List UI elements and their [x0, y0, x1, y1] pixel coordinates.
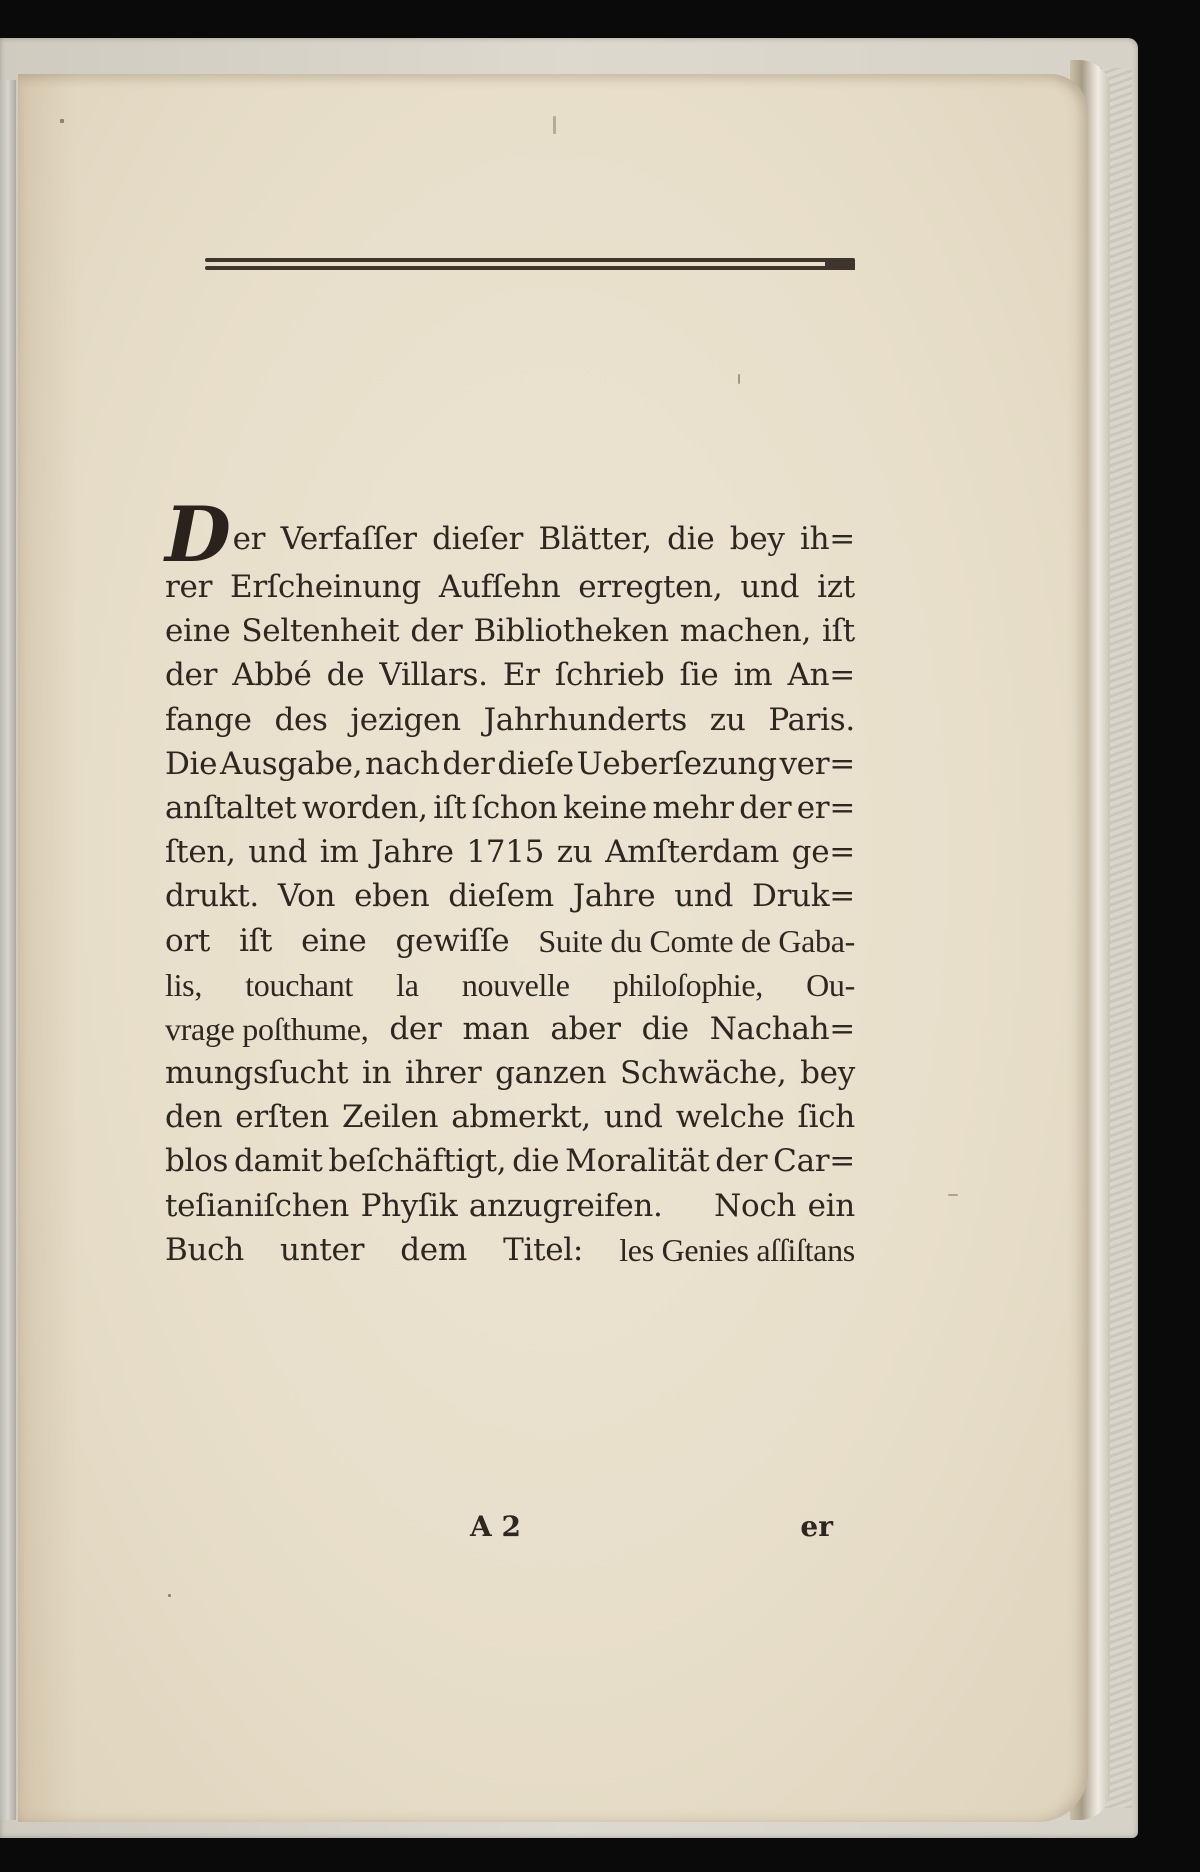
text-line-11: lis, touchant la nouvelle philoſophie, O…: [165, 963, 855, 1007]
word: der: [165, 653, 217, 697]
word: und: [604, 1095, 663, 1139]
spine-edge: [0, 80, 16, 1820]
word: bey: [800, 1051, 855, 1095]
signature-mark: A 2: [470, 1510, 521, 1543]
word: anſtaltet: [165, 786, 296, 830]
text-line-17: Buch unter dem Titel: les Genies aſſiſta…: [165, 1228, 855, 1272]
word: keine: [563, 786, 647, 830]
word: mehr: [652, 786, 733, 830]
word: nouvelle: [462, 963, 570, 1007]
word: eine: [165, 609, 230, 653]
word: der: [442, 742, 494, 786]
word: erregten,: [578, 565, 722, 609]
foxing-speck: [948, 1194, 958, 1196]
word: im: [734, 653, 773, 697]
word: ge=: [792, 830, 855, 874]
text-line-14: den erſten Zeilen abmerkt, und welche ſi…: [165, 1095, 855, 1139]
word: er: [233, 517, 266, 561]
word: Phyſik: [361, 1184, 458, 1228]
word: Verfaſſer: [281, 517, 417, 561]
word: Ueberſezung: [577, 742, 777, 786]
foxing-speck: [60, 119, 64, 123]
word: la: [396, 963, 419, 1007]
scan-background: D er Verfaſſer dieſer Blätter, die bey i…: [0, 0, 1200, 1872]
text-line-6: Die Ausgabe, nach der dieſe Ueberſezung …: [165, 742, 855, 786]
word: Jahrhunderts: [484, 698, 687, 742]
word: de: [327, 653, 365, 697]
drop-cap: D: [165, 505, 231, 565]
word: ſchon: [472, 786, 558, 830]
word: machen,: [680, 609, 811, 653]
word: dieſem: [448, 874, 554, 918]
word: Nachah=: [710, 1007, 855, 1051]
foxing-speck: [168, 1594, 171, 1597]
word: ſchrieb: [555, 653, 665, 697]
word: izt: [817, 565, 855, 609]
word: Moralität: [565, 1139, 709, 1183]
word: Buch: [165, 1228, 244, 1272]
word: iſt: [239, 919, 272, 963]
word: blos: [165, 1139, 228, 1183]
word: Von: [278, 874, 335, 918]
text-line-1: D er Verfaſſer dieſer Blätter, die bey i…: [165, 505, 855, 565]
word: abmerkt,: [451, 1095, 591, 1139]
word: Titel:: [503, 1228, 583, 1272]
word: mungsſucht: [165, 1051, 348, 1095]
word: Villars.: [379, 653, 487, 697]
word: die: [667, 517, 714, 561]
word: ſten,: [165, 830, 236, 874]
rule-upper: [205, 258, 855, 262]
word: lis,: [165, 963, 202, 1007]
text-line-16: teſianiſchen Phyſik anzugreifen. Noch ei…: [165, 1184, 855, 1228]
word: Aufſehn: [439, 565, 560, 609]
word: An=: [787, 653, 854, 697]
antiqua-title-text: vrage poſthume,: [165, 1007, 368, 1051]
word: die: [512, 1139, 559, 1183]
text-line-12: vrage poſthume, der man aber die Nachah=: [165, 1007, 855, 1051]
word: Zeilen: [342, 1095, 438, 1139]
text-line-13: mungsſucht in ihrer ganzen Schwäche, bey: [165, 1051, 855, 1095]
word: zu: [710, 698, 746, 742]
text-line-7: anſtaltet worden, iſt ſchon keine mehr d…: [165, 786, 855, 830]
word: den: [165, 1095, 222, 1139]
word: dem: [400, 1228, 467, 1272]
word: und: [248, 830, 307, 874]
word: aber: [550, 1007, 620, 1051]
word: die: [642, 1007, 689, 1051]
text-line-5: fange des jezigen Jahrhunderts zu Paris.: [165, 698, 855, 742]
year-number: 1715: [466, 830, 544, 874]
word: der: [739, 786, 791, 830]
word: der: [389, 1007, 441, 1051]
text-line-15: blos damit beſchäftigt, die Moralität de…: [165, 1139, 855, 1183]
catchword: er: [800, 1510, 833, 1543]
word: in: [362, 1051, 391, 1095]
word: damit: [234, 1139, 323, 1183]
word: teſianiſchen: [165, 1184, 349, 1228]
word: der: [715, 1139, 767, 1183]
text-line-4: der Abbé de Villars. Er ſchrieb ſie im A…: [165, 653, 855, 697]
word: gewiſſe: [396, 919, 510, 963]
antiqua-title-text: les Genies aſſiſtans: [619, 1228, 855, 1272]
word: ganzen: [495, 1051, 606, 1095]
word: und: [740, 565, 799, 609]
word: Amſterdam: [605, 830, 779, 874]
word: eine: [301, 919, 366, 963]
word: Abbé: [232, 653, 311, 697]
word: Paris.: [768, 698, 855, 742]
word: Car=: [773, 1139, 855, 1183]
word: iſt: [433, 786, 466, 830]
body-text: D er Verfaſſer dieſer Blätter, die bey i…: [165, 505, 855, 1272]
word: Ausgabe,: [220, 742, 362, 786]
word: drukt.: [165, 874, 259, 918]
antiqua-title-text: Suite du Comte de Gaba-: [538, 919, 855, 963]
word: Ou-: [806, 963, 855, 1007]
word: ſie: [680, 653, 719, 697]
word: Noch: [714, 1184, 796, 1228]
page-footer: A 2 er: [165, 1510, 855, 1554]
word: und: [674, 874, 733, 918]
word: unter: [280, 1228, 364, 1272]
word: touchant: [245, 963, 353, 1007]
word: ih=: [800, 517, 855, 561]
word: anzugreifen.: [469, 1184, 663, 1228]
word: ſich: [797, 1095, 855, 1139]
word: er=: [797, 786, 855, 830]
rule-lower: [205, 266, 855, 270]
word: des: [274, 698, 327, 742]
word: im: [320, 830, 359, 874]
word: ihrer: [405, 1051, 481, 1095]
word: Seltenheit: [241, 609, 399, 653]
word: eben: [354, 874, 429, 918]
text-line-2: rer Erſcheinung Aufſehn erregten, und iz…: [165, 565, 855, 609]
text-line-9: drukt. Von eben dieſem Jahre und Druk=: [165, 874, 855, 918]
word: jezigen: [350, 698, 460, 742]
word: ort: [165, 919, 210, 963]
word: Jahre: [573, 874, 656, 918]
word: beſchäftigt,: [328, 1139, 506, 1183]
foxing-speck: [738, 374, 740, 384]
word: worden,: [302, 786, 428, 830]
foxing-speck: [553, 116, 556, 134]
word: Er: [503, 653, 540, 697]
word: fange: [165, 698, 252, 742]
word: man: [462, 1007, 529, 1051]
word: der: [410, 609, 462, 653]
word: erſten: [235, 1095, 329, 1139]
word: Die: [165, 742, 217, 786]
word: ver=: [779, 742, 854, 786]
word: Bibliotheken: [473, 609, 668, 653]
word: nach: [365, 742, 440, 786]
word: bey: [730, 517, 785, 561]
word: Druk=: [752, 874, 855, 918]
word: dieſe: [497, 742, 573, 786]
head-double-rule: [205, 258, 855, 272]
word: Schwäche,: [620, 1051, 786, 1095]
text-line-10: ort iſt eine gewiſſe Suite du Comte de G…: [165, 919, 855, 963]
word: Erſcheinung: [230, 565, 421, 609]
word: Jahre: [371, 830, 454, 874]
line-words: er Verfaſſer dieſer Blätter, die bey ih=: [233, 517, 855, 565]
word: philoſophie,: [613, 963, 763, 1007]
word: Blätter,: [538, 517, 651, 561]
word: welche: [676, 1095, 785, 1139]
text-line-3: eine Seltenheit der Bibliotheken machen,…: [165, 609, 855, 653]
word: ein: [808, 1184, 855, 1228]
word: dieſer: [432, 517, 523, 561]
text-line-8: ſten, und im Jahre 1715 zu Amſterdam ge=: [165, 830, 855, 874]
word: zu: [557, 830, 593, 874]
word: rer: [165, 565, 212, 609]
word: iſt: [822, 609, 855, 653]
